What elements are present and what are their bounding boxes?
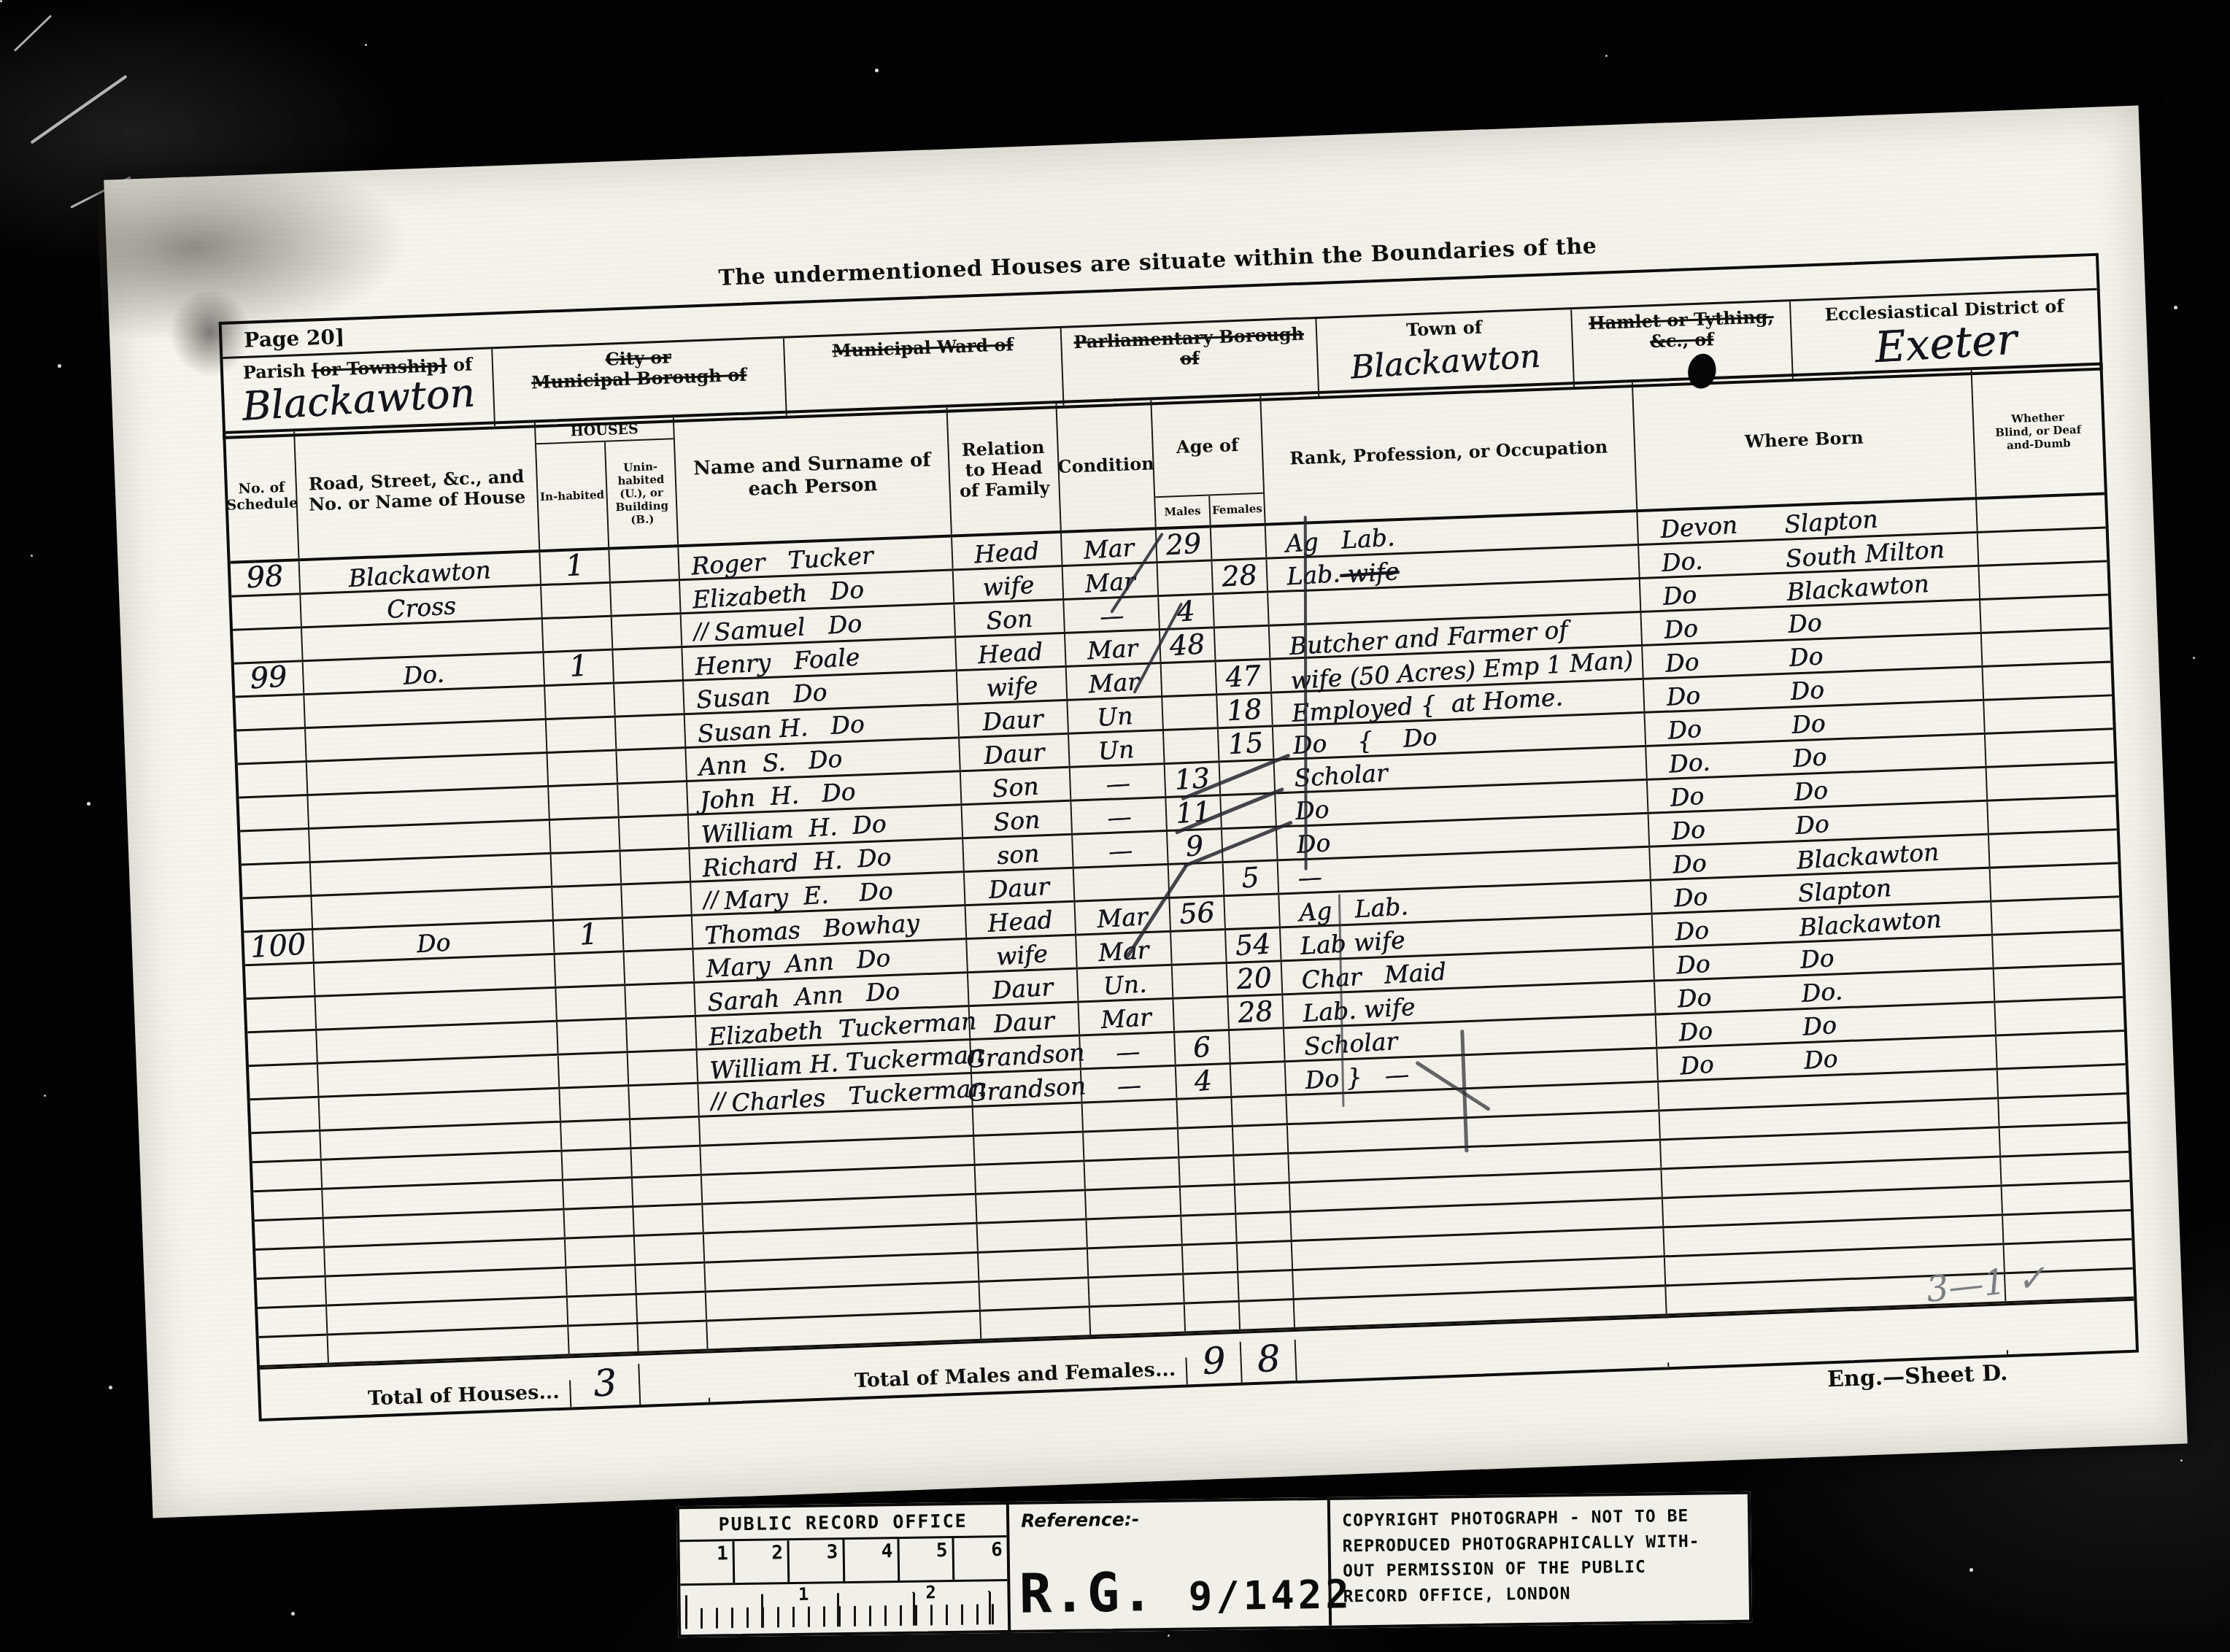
cell-blind (1998, 1065, 2126, 1097)
cell-uninh (612, 614, 683, 648)
cell-relation: Son (962, 802, 1073, 837)
cell-condition (1085, 1159, 1181, 1189)
cell-uninh (629, 1084, 700, 1118)
cell-blind (1980, 595, 2109, 631)
cell-schedule (231, 595, 302, 628)
cell-blind (2001, 1153, 2129, 1184)
public-record-office-stamp: PUBLIC RECORD OFFICE 1 2 3 4 5 6 1 2 Ref… (676, 1491, 1752, 1638)
header-females: Females (1210, 494, 1264, 525)
header-schedule: No. of Schedule (225, 431, 299, 560)
cell-relation: Son (961, 768, 1071, 803)
cell-condition (1087, 1217, 1182, 1248)
cell-m (1181, 1186, 1236, 1215)
cell-condition (1074, 865, 1170, 900)
cell-inh (559, 1053, 630, 1086)
cell-inh (548, 751, 619, 784)
parliamentary-label-struck: Parliamentary Borough of (1062, 323, 1317, 374)
copyright-panel: COPYRIGHT PHOTOGRAPH - NOT TO BE REPRODU… (1330, 1494, 1749, 1626)
cell-blind (1977, 495, 2105, 531)
cell-m (1173, 997, 1230, 1031)
cell-m (1179, 1157, 1235, 1186)
header-occupation: Rank, Profession, or Occupation (1261, 382, 1637, 523)
cell-schedule (239, 796, 310, 830)
cell-m (1162, 662, 1218, 695)
cell-inh: 1 (540, 550, 611, 584)
cell-inh (549, 784, 620, 818)
cell-relation: Grandson (971, 1036, 1081, 1071)
cell-m (1162, 695, 1219, 729)
cell-m (1183, 1244, 1238, 1273)
cell-inh (555, 952, 626, 986)
cell-relation (981, 1308, 1091, 1338)
header-condition: Condition (1057, 400, 1156, 530)
cell-blind (1999, 1095, 2127, 1126)
cell-relation (974, 1132, 1084, 1163)
cell-condition: — (1081, 1067, 1177, 1102)
cell-relation: Head (952, 533, 1062, 568)
cell-blind (1989, 830, 2118, 866)
pro-scale-panel: PUBLIC RECORD OFFICE 1 2 3 4 5 6 1 2 (679, 1505, 1011, 1634)
cell-schedule (250, 1098, 321, 1132)
header-age: Age of Males Females (1151, 396, 1265, 527)
cell-relation: Daur (960, 735, 1070, 770)
cell-condition (1090, 1304, 1186, 1335)
cell-condition: Un (1069, 731, 1165, 766)
cell-f (1238, 1242, 1293, 1271)
cell-schedule (252, 1161, 323, 1190)
cell-uninh (627, 1017, 698, 1051)
cell-condition (1086, 1188, 1181, 1219)
cell-uninh (618, 782, 689, 816)
cell-uninh (613, 648, 684, 682)
cell-condition: Mar (1076, 933, 1172, 968)
cell-condition: Un (1068, 698, 1163, 733)
film-scratch (14, 15, 52, 52)
cell-condition: — (1071, 798, 1167, 833)
parish-value: Blackawton (241, 374, 476, 427)
cell-uninh (617, 749, 687, 782)
cell-inh (552, 885, 623, 919)
hamlet-label-struck: Hamlet or Tything, &c., of (1572, 306, 1791, 355)
cell-m (1158, 561, 1214, 595)
cell-relation: wife (957, 668, 1068, 703)
cell-blind (1988, 797, 2116, 833)
sheet-label: Eng.—Sheet D. (1827, 1360, 2009, 1392)
header-name: Name and Surname of each Person (674, 408, 952, 545)
census-page: The undermentioned Houses are situate wi… (104, 105, 2187, 1518)
cell-uninh (625, 984, 696, 1017)
cell-m (1173, 964, 1229, 997)
cell-uninh (636, 1264, 706, 1293)
cell-uninh (616, 715, 687, 749)
total-females-value: 8 (1241, 1340, 1297, 1383)
cell-uninh (622, 883, 692, 916)
pro-title: PUBLIC RECORD OFFICE (679, 1505, 1007, 1542)
cell-f (1231, 1062, 1287, 1096)
cell-uninh (614, 682, 685, 715)
cell-inh (560, 1086, 630, 1120)
cell-relation: Head (956, 634, 1066, 669)
cell-f (1233, 1125, 1289, 1154)
cell-m: 13 (1165, 763, 1222, 796)
cell-blind (2000, 1124, 2129, 1155)
cell-blind (1996, 1032, 2125, 1068)
cell-schedule (255, 1219, 325, 1248)
ink-tally-line (1304, 516, 1308, 871)
cell-relation: son (963, 835, 1073, 871)
cell-f (1235, 1184, 1291, 1213)
cell-relation: Daur (968, 970, 1079, 1005)
header-blind: Whether Blind, or Deaf and-Dumb (1972, 366, 2104, 497)
cell-inh (566, 1266, 636, 1295)
cell-uninh (625, 950, 695, 984)
film-speckles (0, 0, 2, 2)
cell-inh (563, 1178, 633, 1208)
cell-blind (1978, 529, 2107, 565)
cell-schedule: 99 (234, 662, 305, 695)
cell-m: 9 (1168, 830, 1224, 863)
cell-inh (547, 718, 617, 752)
cell-inh: 1 (554, 919, 625, 952)
cell-schedule: 98 (231, 561, 301, 595)
cell-m (1164, 729, 1220, 763)
cell-inh: 1 (544, 651, 614, 684)
census-table: No. of Schedule Road, Street, &c., and N… (223, 363, 2139, 1422)
cell-m: 56 (1170, 897, 1226, 930)
cell-inh (563, 1149, 633, 1178)
cell-f (1230, 1029, 1286, 1062)
cell-m (1181, 1215, 1237, 1244)
total-males-value: 9 (1187, 1342, 1243, 1385)
cell-uninh (633, 1176, 703, 1205)
cell-f (1215, 627, 1271, 660)
cell-schedule: 100 (244, 930, 315, 964)
cell-schedule (258, 1307, 328, 1336)
cell-relation (979, 1278, 1089, 1309)
cell-m: 6 (1175, 1031, 1231, 1065)
cell-schedule (240, 830, 311, 863)
cell-uninh (633, 1205, 703, 1235)
cell-relation: Son (954, 601, 1065, 636)
cell-m (1178, 1098, 1233, 1127)
reference-label: Reference:- (1021, 1508, 1139, 1531)
cell-condition: Mar (1075, 899, 1170, 934)
cell-blind (1984, 696, 2113, 732)
cell-inh (568, 1324, 638, 1354)
cell-blind (1993, 931, 2121, 967)
cell-relation: Grandson (972, 1070, 1082, 1105)
cell-f (1232, 1096, 1287, 1125)
cell-uninh (623, 916, 694, 950)
cell-f (1240, 1300, 1295, 1329)
cell-relation: wife (954, 567, 1064, 602)
cell-f: 54 (1226, 928, 1282, 962)
cell-schedule (249, 1065, 320, 1098)
field-hamlet: Hamlet or Tything, &c., of (1572, 301, 1794, 387)
table-body: 98Blackawton1Roger TuckerHeadMar29Ag Lab… (231, 495, 2134, 1367)
cell-blind (2002, 1182, 2131, 1213)
cell-m: 48 (1160, 628, 1216, 662)
cell-condition: — (1080, 1033, 1176, 1068)
cell-m (1171, 930, 1227, 964)
cell-inh (557, 1019, 628, 1053)
cell-schedule (245, 964, 316, 997)
cell-condition: — (1064, 597, 1160, 632)
cell-f: 5 (1224, 861, 1280, 895)
cell-inh (564, 1208, 634, 1237)
cell-inh (568, 1295, 638, 1324)
cell-blind (1991, 864, 2119, 900)
cell-uninh (637, 1293, 707, 1322)
cell-f: 28 (1228, 995, 1284, 1029)
cell-blind (1991, 898, 2120, 933)
cell-inh (561, 1120, 631, 1149)
cell-schedule (259, 1336, 329, 1365)
cell-m: 29 (1157, 528, 1213, 561)
cell-condition (1088, 1246, 1184, 1277)
cell-uninh (611, 581, 682, 614)
cell-inh (543, 617, 614, 651)
cell-uninh (635, 1235, 705, 1264)
reference-panel: Reference:- R.G. 9/1422 (1009, 1500, 1332, 1630)
cell-relation: Daur (965, 869, 1075, 904)
cell-blind (1995, 998, 2123, 1034)
cell-inh (550, 818, 621, 852)
cell-schedule (251, 1132, 321, 1161)
cell-condition: Un. (1078, 966, 1173, 1001)
cell-m: 4 (1176, 1065, 1232, 1098)
total-houses-value: 3 (570, 1364, 641, 1407)
cell-uninh (609, 547, 680, 581)
cell-m (1178, 1127, 1234, 1157)
cell-schedule (238, 763, 309, 796)
cell-relation (976, 1162, 1086, 1192)
ecclesiastical-value: Exeter (1873, 318, 2018, 369)
cell-uninh (631, 1147, 701, 1176)
header-houses: HOUSES In-habited Unin-habited (U.), or … (536, 417, 679, 549)
cell-f (1236, 1213, 1292, 1242)
cell-inh (541, 584, 612, 617)
cell-f: 15 (1219, 727, 1275, 761)
cell-schedule (233, 628, 304, 662)
photographed-census-sheet: { "page": { "caption": "The undermention… (0, 0, 2230, 1652)
cell-uninh (630, 1118, 701, 1147)
cell-schedule (243, 897, 314, 930)
cell-condition: Mar (1063, 563, 1159, 598)
cell-relation (979, 1249, 1089, 1280)
cell-schedule (242, 863, 312, 897)
cell-blind (1979, 562, 2107, 598)
cell-f (1214, 593, 1270, 627)
film-scratch (30, 74, 127, 144)
header-uninhabited: Unin-habited (U.), or Building (B.) (606, 440, 677, 547)
cell-blind (1982, 629, 2110, 665)
cell-inh (552, 852, 622, 885)
cell-inh (545, 684, 616, 718)
header-relation: Relation to Head of Family (948, 404, 1062, 534)
inch-scale: 1 2 3 4 5 6 (679, 1537, 1007, 1586)
cell-blind (1987, 763, 2115, 799)
cell-f: 28 (1212, 560, 1268, 593)
cell-uninh (628, 1051, 699, 1084)
cell-relation (973, 1103, 1084, 1134)
total-houses-label: Total of Houses... (261, 1380, 571, 1419)
cell-m (1185, 1302, 1241, 1332)
cell-f: 47 (1216, 660, 1273, 694)
cell-condition (1083, 1100, 1178, 1131)
total-males-females-label: Total of Males and Females... (709, 1357, 1188, 1402)
cell-relation: Head (966, 903, 1076, 938)
cell-f (1211, 526, 1268, 560)
cell-f: 18 (1217, 694, 1273, 727)
cell-relation (978, 1220, 1088, 1251)
header-born: Where Born (1633, 370, 1977, 509)
cell-schedule (235, 695, 306, 729)
cell-relation: Daur (970, 1003, 1080, 1038)
town-value: Blackawton (1349, 341, 1541, 385)
cell-relation (976, 1191, 1087, 1221)
cell-condition (1089, 1275, 1184, 1306)
cell-condition: Mar (1065, 630, 1161, 665)
cell-relation: wife (967, 936, 1077, 971)
cell-f (1238, 1271, 1294, 1300)
cell-relation: Daur (958, 701, 1068, 736)
cell-inh (566, 1237, 636, 1266)
cell-condition (1084, 1130, 1179, 1160)
cell-uninh (621, 849, 692, 883)
rg-number: 9/1422 (1188, 1571, 1353, 1619)
cell-schedule (255, 1248, 325, 1278)
cell-blind (1986, 730, 2114, 765)
cell-blind (2003, 1211, 2131, 1243)
cell-schedule (247, 1031, 318, 1065)
cell-schedule (257, 1278, 327, 1307)
cell-inh (556, 986, 627, 1019)
cm-ruler: 1 2 (680, 1581, 1008, 1634)
cell-f (1224, 895, 1281, 928)
cell-schedule (236, 729, 307, 763)
cell-m (1184, 1273, 1239, 1302)
header-males: Males (1155, 495, 1211, 527)
header-road: Road, Street, &c., and No. or Name of Ho… (295, 422, 540, 558)
cell-f (1234, 1154, 1289, 1184)
rg-label: R.G. (1019, 1561, 1155, 1626)
cell-schedule (253, 1190, 323, 1219)
cell-condition: — (1073, 832, 1168, 867)
cell-condition: — (1070, 765, 1166, 800)
cell-blind (1994, 965, 2123, 1000)
cell-m: 4 (1159, 595, 1215, 628)
cell-uninh (638, 1321, 708, 1351)
cell-condition: Mar (1079, 1000, 1175, 1035)
cell-schedule (247, 997, 317, 1031)
cell-uninh (620, 816, 690, 849)
header-inhabited: In-habited (536, 442, 609, 549)
cell-blind (1983, 663, 2112, 698)
cell-f: 20 (1227, 962, 1284, 995)
ward-label-struck: Municipal Ward of (784, 333, 1061, 363)
